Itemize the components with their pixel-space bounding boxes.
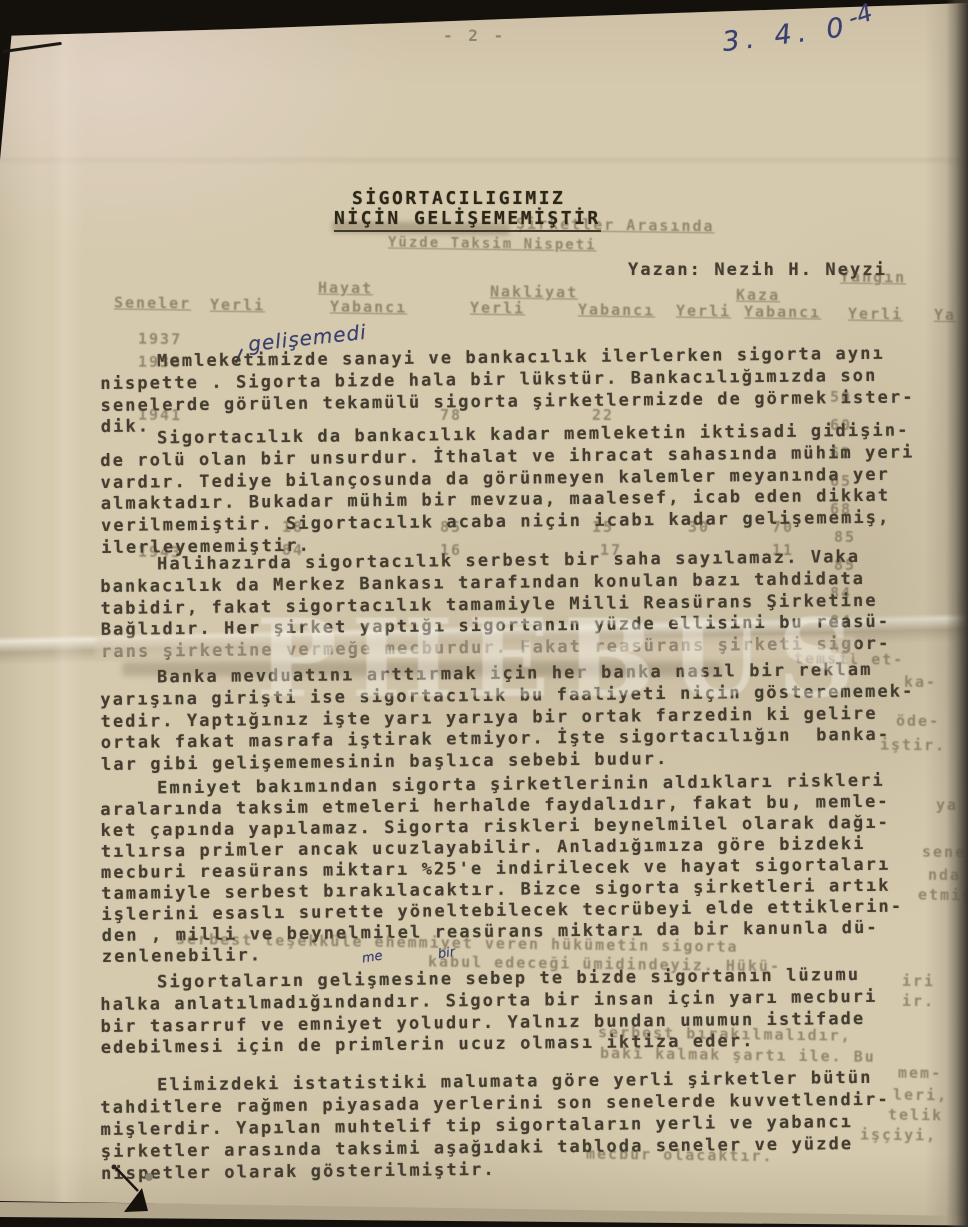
ghost-title-line2: Yüzde Taksim Nispeti <box>388 235 597 254</box>
handwritten-code-main: 3. 4. 0 <box>721 12 852 58</box>
paragraph-2: Sigortacılık da bankacılık kadar memleke… <box>100 420 915 559</box>
ghost-fragment: mem- <box>898 1064 942 1083</box>
document-title-line2: NİÇİN GELİŞEMEMİŞTİR <box>334 208 601 232</box>
ghost-header-yerli-2: Yerli <box>470 299 525 318</box>
paragraph-5: Emniyet bakımından sigorta şirketlerinin… <box>100 771 904 968</box>
handwritten-code: 3. 4. 0-4 <box>721 9 875 58</box>
scanned-document-page: Şirketler Arasında Yüzde Taksim Nispeti … <box>0 0 968 1227</box>
page-content: Şirketler Arasında Yüzde Taksim Nispeti … <box>0 0 968 1227</box>
ghost-header-yerli-4: Yerli <box>848 305 903 324</box>
byline: Yazan: Nezih H. Neyzi <box>628 260 887 280</box>
document-title-line1: SİGORTACILIGIMIZ <box>352 188 565 209</box>
page-number: - 2 - <box>443 26 506 45</box>
auction-watermark: PHEBUS <box>256 596 869 722</box>
ghost-header-seneler: Seneler <box>114 293 191 312</box>
ghost-fragment: leri, <box>893 1086 948 1105</box>
ghost-header-yabanci-2: Yabancı <box>578 300 655 319</box>
pin-tear-mark <box>2 42 62 53</box>
ghost-year: 1937 <box>138 330 182 349</box>
ghost-fragment: iri <box>902 972 935 990</box>
paragraph-6: Sigortaların gelişmesine sebep te bizde … <box>100 965 878 1060</box>
ghost-group-kaza: Kaza <box>736 286 780 305</box>
ghost-header-yerli-3: Yerli <box>676 302 731 321</box>
ghost-group-hayat: Hayat <box>318 279 373 298</box>
ghost-fragment: ir. <box>902 992 935 1010</box>
paragraph-7: Elimizdeki istatistiki malumata göre yer… <box>100 1067 891 1185</box>
ghost-header-yabanci-1: Yabancı <box>330 297 407 316</box>
ghost-header-yerli-1: Yerli <box>210 296 265 315</box>
ghost-header-yabanci-3: Yabancı <box>744 302 821 321</box>
ghost-fragment: telik <box>888 1106 943 1125</box>
page-right-edge <box>946 0 968 1227</box>
ink-blot <box>108 1164 154 1218</box>
